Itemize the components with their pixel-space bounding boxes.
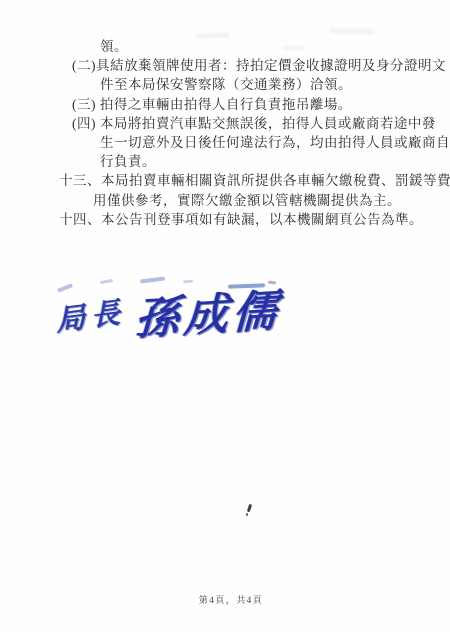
body-line: 十四、本公告刊登事項如有缺漏，以本機關網頁公告為準。 [0, 210, 438, 229]
ink-speck [246, 513, 248, 516]
body-line: 十三、本局拍賣車輛相關資訊所提供各車輛欠繳稅費、罰鍰等費 [0, 171, 438, 190]
signature-title: 局長 [55, 289, 127, 339]
ink-speck [247, 504, 252, 512]
signature-stamp: 局長 孫成儒 [55, 278, 283, 346]
body-line: 行負責。 [0, 152, 438, 171]
body-line: (二)具結放棄領牌使用者：持拍定價金收據證明及身分證明文 [0, 56, 438, 75]
body-line: (四) 本局將拍賣汽車點交無誤後，拍得人員或廠商若途中發 [0, 114, 438, 133]
body-line: 用僅供參考，實際欠繳金額以管轄機關提供為主。 [0, 191, 438, 210]
scan-streak [330, 27, 374, 35]
signature-name: 孫成儒 [134, 274, 284, 347]
page-number: 第4頁，共4頁 [0, 593, 450, 606]
document-page: 領。 (二)具結放棄領牌使用者：持拍定價金收據證明及身分證明文 件至本局保安警察… [0, 0, 450, 632]
body-line: 生一切意外及日後任何違法行為，均由拍得人員或廠商自 [0, 133, 438, 152]
body-line: 件至本局保安警察隊（交通業務）洽領。 [0, 75, 438, 94]
body-line: 領。 [0, 37, 438, 56]
document-body: 領。 (二)具結放棄領牌使用者：持拍定價金收據證明及身分證明文 件至本局保安警察… [0, 37, 438, 229]
body-line: (三) 拍得之車輛由拍得人自行負責拖吊離場。 [0, 95, 438, 114]
